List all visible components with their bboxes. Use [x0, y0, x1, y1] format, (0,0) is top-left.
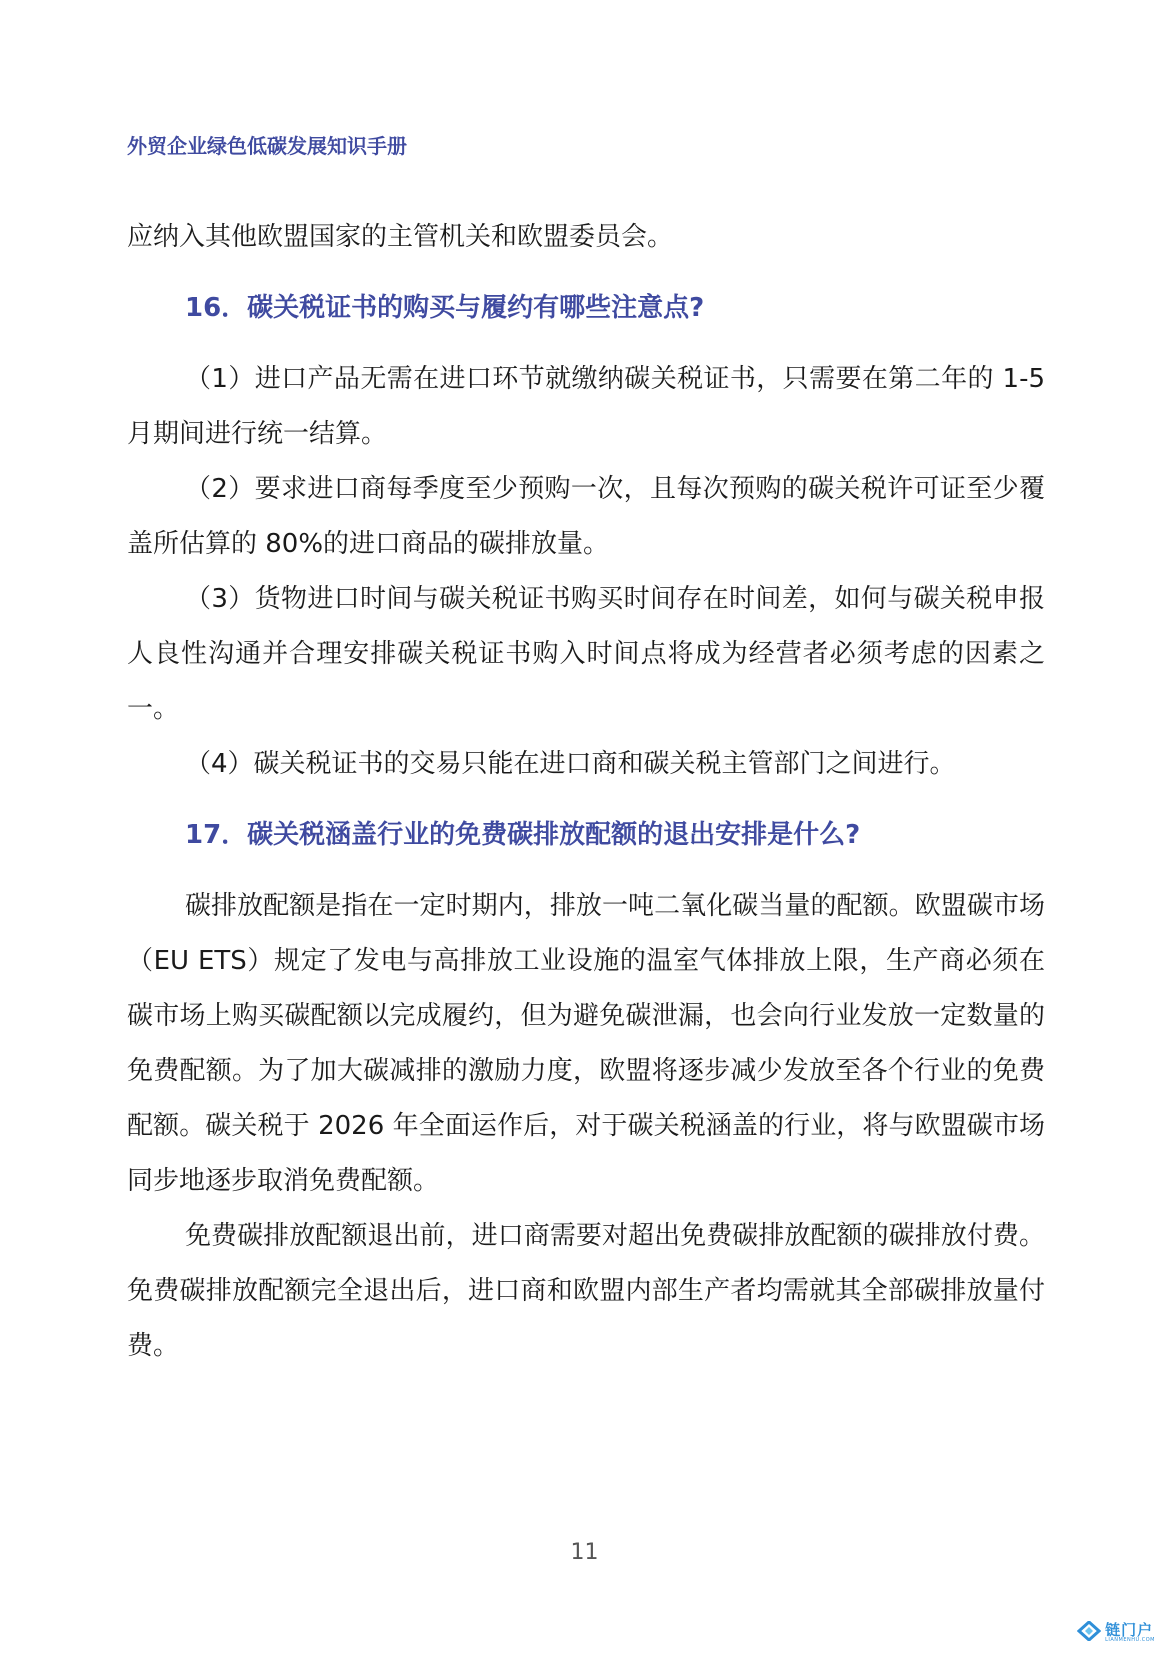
paragraph-continuation: 应纳入其他欧盟国家的主管机关和欧盟委员会。 — [127, 210, 1045, 265]
watermark-text-en: LIANMENHU.COM — [1105, 1638, 1155, 1643]
section-heading-17: 17．碳关税涵盖行业的免费碳排放配额的退出安排是什么? — [185, 808, 1045, 863]
paragraph: （4）碳关税证书的交易只能在进口商和碳关税主管部门之间进行。 — [127, 737, 1045, 792]
paragraph: （3）货物进口时间与碳关税证书购买时间存在时间差，如何与碳关税申报人良性沟通并合… — [127, 572, 1045, 737]
paragraph: （1）进口产品无需在进口环节就缴纳碳关税证书，只需要在第二年的 1-5 月期间进… — [127, 352, 1045, 462]
running-header-title: 外贸企业绿色低碳发展知识手册 — [127, 130, 407, 159]
watermark-text-cn: 链门户 — [1105, 1623, 1155, 1638]
page-number: 11 — [0, 1540, 1169, 1565]
paragraph: （2）要求进口商每季度至少预购一次，且每次预购的碳关税许可证至少覆盖所估算的 8… — [127, 462, 1045, 572]
document-body: 应纳入其他欧盟国家的主管机关和欧盟委员会。 16．碳关税证书的购买与履约有哪些注… — [127, 210, 1045, 1374]
paragraph: 免费碳排放配额退出前，进口商需要对超出免费碳排放配额的碳排放付费。免费碳排放配额… — [127, 1209, 1045, 1374]
section-heading-16: 16．碳关税证书的购买与履约有哪些注意点? — [185, 281, 1045, 336]
paragraph: 碳排放配额是指在一定时期内，排放一吨二氧化碳当量的配额。欧盟碳市场（EU ETS… — [127, 879, 1045, 1209]
lianmenhu-logo-icon — [1077, 1621, 1101, 1645]
watermark: 链门户 LIANMENHU.COM — [1077, 1621, 1155, 1645]
